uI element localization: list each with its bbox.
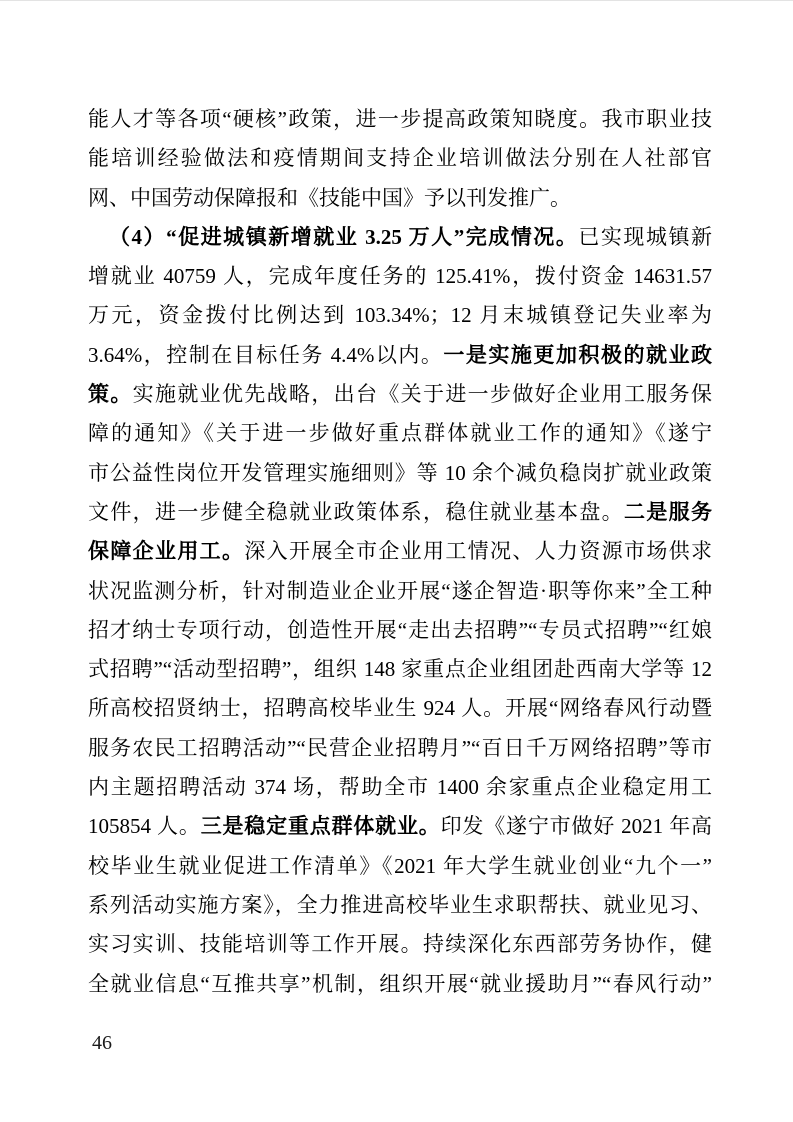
text-segment: 校毕业生就业促进工作清单》《2021 年大学生就业创业“九个一” [88, 854, 712, 878]
text-segment: 万元，资金拨付比例达到 103.34%；12 月末城镇登记失业率为 [88, 303, 712, 327]
text-line: （4）“促进城镇新增就业 3.25 万人”完成情况。已实现城镇新 [88, 218, 712, 257]
text-line: 实习实训、技能培训等工作开展。持续深化东西部劳务协作，健 [88, 925, 712, 964]
text-segment: 已实现城镇新 [578, 225, 712, 249]
text-segment: 服务农民工招聘活动”“民营企业招聘月”“百日千万网络招聘”等市 [88, 736, 712, 760]
text-segment: 全就业信息“互推共享”机制，组织开展“就业援助月”“春风行动” [88, 972, 712, 996]
text-segment: （4）“促进城镇新增就业 3.25 万人”完成情况。 [109, 225, 578, 249]
text-segment: 实施就业优先战略，出台《关于进一步做好企业用工服务保 [133, 382, 712, 406]
text-segment: 系列活动实施方案》，全力推进高校毕业生求职帮扶、就业见习、 [88, 893, 712, 917]
text-line: 万元，资金拨付比例达到 103.34%；12 月末城镇登记失业率为 [88, 296, 712, 335]
text-segment: 能培训经验做法和疫情期间支持企业培训做法分别在人社部官 [88, 146, 712, 170]
text-segment: 3.64%，控制在目标任务 4.4%以内。 [88, 343, 443, 367]
text-line: 105854 人。三是稳定重点群体就业。印发《遂宁市做好 2021 年高 [88, 807, 712, 846]
text-line: 服务农民工招聘活动”“民营企业招聘月”“百日千万网络招聘”等市 [88, 729, 712, 768]
text-line: 3.64%，控制在目标任务 4.4%以内。一是实施更加积极的就业政 [88, 336, 712, 375]
text-segment: 式招聘”“活动型招聘”，组织 148 家重点企业组团赴西南大学等 12 [88, 657, 712, 681]
text-line: 障的通知》《关于进一步做好重点群体就业工作的通知》《遂宁 [88, 414, 712, 453]
text-segment: 障的通知》《关于进一步做好重点群体就业工作的通知》《遂宁 [88, 421, 712, 445]
text-segment: 实习实训、技能培训等工作开展。持续深化东西部劳务协作，健 [88, 932, 712, 956]
text-segment: 内主题招聘活动 374 场，帮助全市 1400 余家重点企业稳定用工 [88, 775, 712, 799]
text-line: 内主题招聘活动 374 场，帮助全市 1400 余家重点企业稳定用工 [88, 768, 712, 807]
text-line: 保障企业用工。深入开展全市企业用工情况、人力资源市场供求 [88, 532, 712, 571]
text-line: 招才纳士专项行动，创造性开展“走出去招聘”“专员式招聘”“红娘 [88, 611, 712, 650]
text-segment: 一是实施更加积极的就业政 [443, 343, 712, 367]
text-segment: 二是服务 [624, 500, 712, 524]
text-line: 系列活动实施方案》，全力推进高校毕业生求职帮扶、就业见习、 [88, 886, 712, 925]
text-line: 网、中国劳动保障报和《技能中国》予以刊发推广。 [88, 179, 712, 218]
text-line: 策。实施就业优先战略，出台《关于进一步做好企业用工服务保 [88, 375, 712, 414]
text-segment: 深入开展全市企业用工情况、人力资源市场供求 [244, 539, 712, 563]
text-line: 状况监测分析，针对制造业企业开展“遂企智造·职等你来”全工种 [88, 572, 712, 611]
text-segment: 网、中国劳动保障报和《技能中国》予以刊发推广。 [88, 186, 571, 210]
text-segment: 市公益性岗位开发管理实施细则》等 10 余个减负稳岗扩就业政策 [88, 461, 712, 485]
text-line: 式招聘”“活动型招聘”，组织 148 家重点企业组团赴西南大学等 12 [88, 650, 712, 689]
text-line: 增就业 40759 人，完成年度任务的 125.41%，拨付资金 14631.5… [88, 257, 712, 296]
document-page: 能人才等各项“硬核”政策，进一步提高政策知晓度。我市职业技能培训经验做法和疫情期… [0, 0, 793, 1122]
text-line: 所高校招贤纳士，招聘高校毕业生 924 人。开展“网络春风行动暨 [88, 689, 712, 728]
text-segment: 能人才等各项“硬核”政策，进一步提高政策知晓度。我市职业技 [88, 107, 712, 131]
text-segment: 三是稳定重点群体就业。 [201, 814, 441, 838]
text-line: 市公益性岗位开发管理实施细则》等 10 余个减负稳岗扩就业政策 [88, 454, 712, 493]
text-segment: 105854 人。 [88, 814, 201, 838]
text-line: 校毕业生就业促进工作清单》《2021 年大学生就业创业“九个一” [88, 847, 712, 886]
text-segment: 策。 [88, 382, 133, 406]
text-segment: 招才纳士专项行动，创造性开展“走出去招聘”“专员式招聘”“红娘 [88, 618, 712, 642]
text-segment: 印发《遂宁市做好 2021 年高 [441, 814, 712, 838]
text-line: 能培训经验做法和疫情期间支持企业培训做法分别在人社部官 [88, 139, 712, 178]
text-segment: 保障企业用工。 [88, 539, 244, 563]
text-line: 全就业信息“互推共享”机制，组织开展“就业援助月”“春风行动” [88, 965, 712, 1004]
document-body: 能人才等各项“硬核”政策，进一步提高政策知晓度。我市职业技能培训经验做法和疫情期… [88, 100, 712, 1004]
text-segment: 文件，进一步健全稳就业政策体系，稳住就业基本盘。 [88, 500, 624, 524]
text-segment: 增就业 40759 人，完成年度任务的 125.41%，拨付资金 14631.5… [88, 264, 712, 288]
text-line: 文件，进一步健全稳就业政策体系，稳住就业基本盘。二是服务 [88, 493, 712, 532]
text-segment: 所高校招贤纳士，招聘高校毕业生 924 人。开展“网络春风行动暨 [88, 696, 712, 720]
text-segment: 状况监测分析，针对制造业企业开展“遂企智造·职等你来”全工种 [88, 579, 712, 603]
text-line: 能人才等各项“硬核”政策，进一步提高政策知晓度。我市职业技 [88, 100, 712, 139]
page-number: 46 [92, 1029, 112, 1057]
